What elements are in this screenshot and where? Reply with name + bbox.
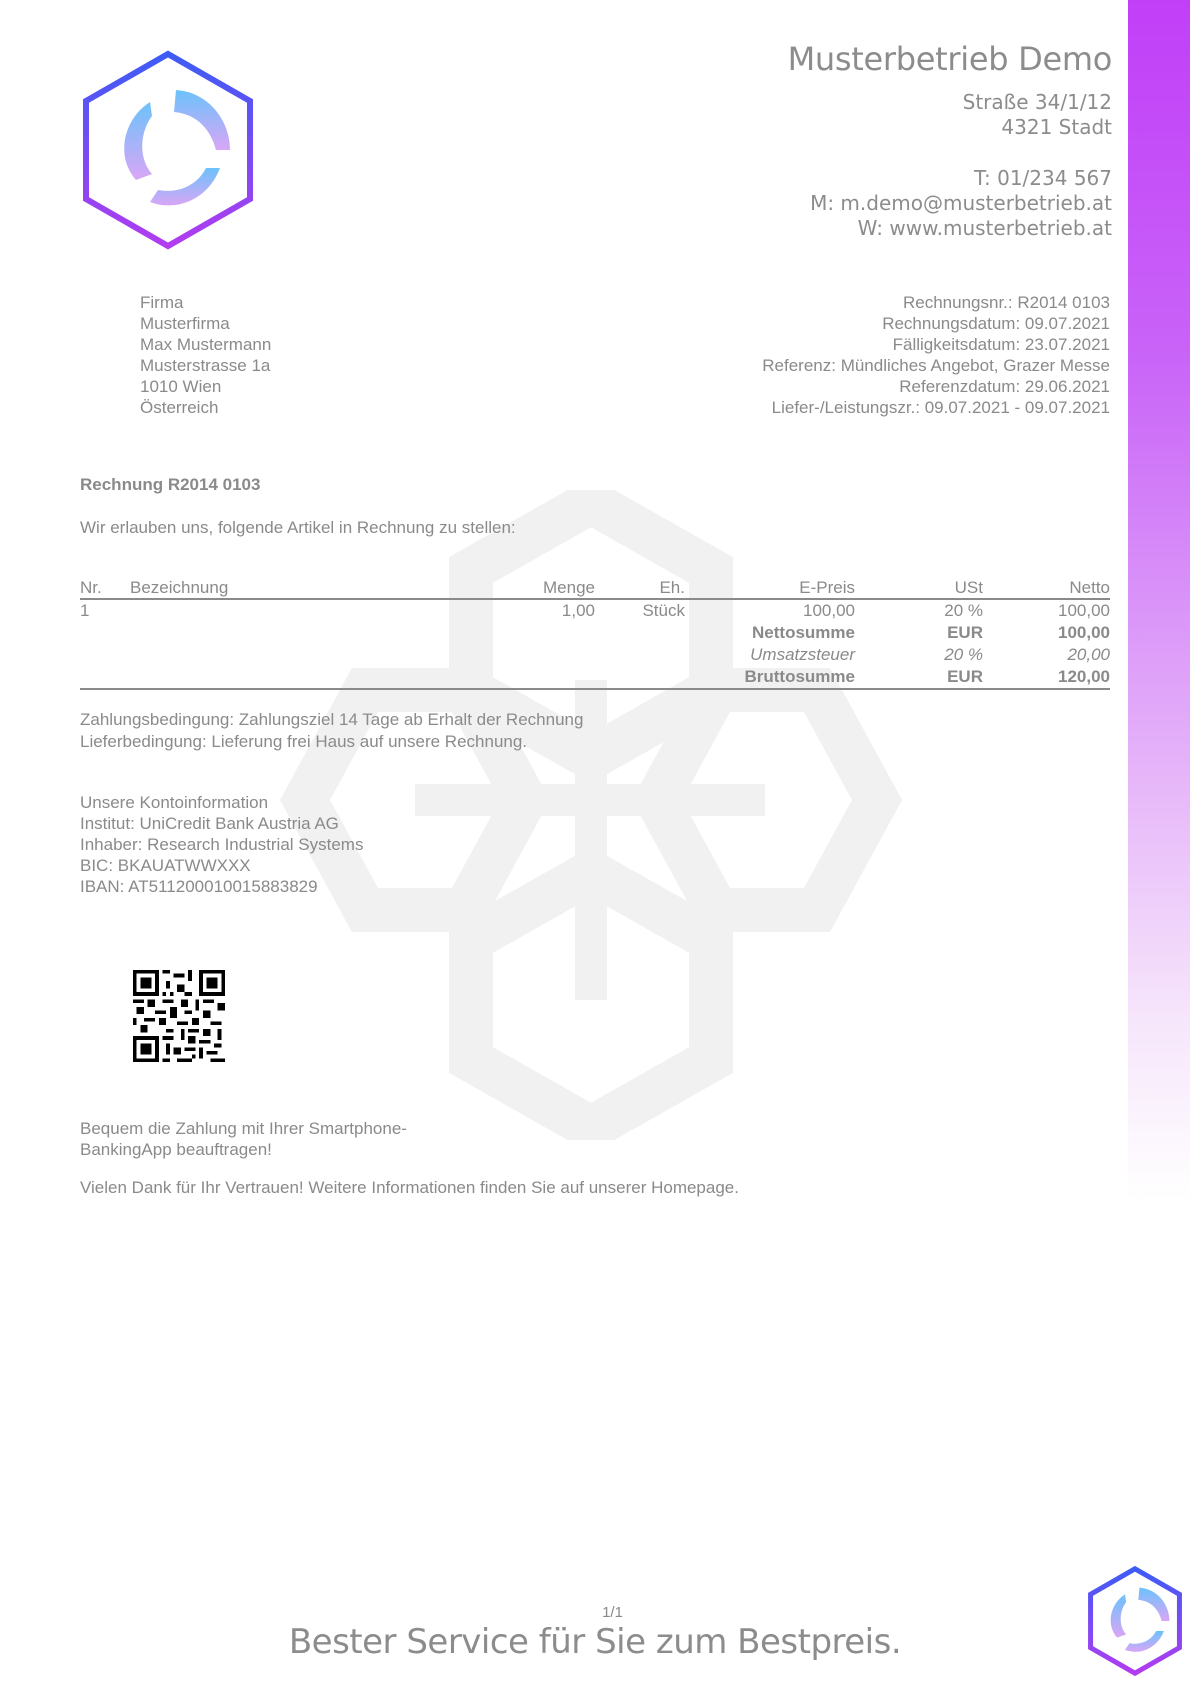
payment-qr-code-icon[interactable] — [133, 970, 225, 1062]
tax-value: 20,00 — [983, 644, 1110, 666]
gross-total-value: 120,00 — [983, 666, 1110, 689]
company-city: 4321 Stadt — [788, 115, 1112, 140]
header-price: E-Preis — [685, 578, 855, 599]
payment-terms: Zahlungsbedingung: Zahlungsziel 14 Tage … — [80, 709, 583, 731]
line-items-table: Nr. Bezeichnung Menge Eh. E-Preis USt Ne… — [80, 578, 1110, 690]
header-net: Netto — [983, 578, 1110, 599]
net-total-row: Nettosumme EUR 100,00 — [80, 622, 1110, 644]
cell-desc — [130, 599, 480, 622]
net-total-value: 100,00 — [983, 622, 1110, 644]
tax-label: Umsatzsteuer — [685, 644, 855, 666]
gross-total-row: Bruttosumme EUR 120,00 — [80, 666, 1110, 689]
reference-date: Referenzdatum: 29.06.2021 — [762, 376, 1110, 397]
gross-total-label: Bruttosumme — [685, 666, 855, 689]
delivery-period: Liefer-/Leistungszr.: 09.07.2021 - 09.07… — [762, 397, 1110, 418]
header-qty: Menge — [480, 578, 595, 599]
bank-info: Unsere Kontoinformation Institut: UniCre… — [80, 792, 363, 897]
recipient-line: Musterfirma — [140, 313, 271, 334]
invoice-meta: Rechnungsnr.: R2014 0103 Rechnungsdatum:… — [762, 292, 1110, 418]
company-logo-icon — [78, 50, 258, 250]
cell-unit: Stück — [595, 599, 685, 622]
company-web[interactable]: W: www.musterbetrieb.at — [788, 216, 1112, 241]
qr-hint: Bequem die Zahlung mit Ihrer Smartphone-… — [80, 1118, 407, 1160]
recipient-line: 1010 Wien — [140, 376, 271, 397]
footer-logo-icon — [1085, 1565, 1185, 1677]
page-number: 1/1 — [0, 1604, 1190, 1621]
recipient-line: Musterstrasse 1a — [140, 355, 271, 376]
company-header: Musterbetrieb Demo Straße 34/1/12 4321 S… — [788, 40, 1112, 241]
recipient-line: Max Mustermann — [140, 334, 271, 355]
net-total-currency: EUR — [855, 622, 983, 644]
tax-row: Umsatzsteuer 20 % 20,00 — [80, 644, 1110, 666]
decorative-side-bar — [1128, 0, 1190, 1200]
header-desc: Bezeichnung — [130, 578, 480, 599]
company-phone: T: 01/234 567 — [788, 166, 1112, 191]
due-date: Fälligkeitsdatum: 23.07.2021 — [762, 334, 1110, 355]
bank-iban: IBAN: AT511200010015883829 — [80, 876, 363, 897]
qr-hint-line: BankingApp beauftragen! — [80, 1139, 407, 1160]
company-street: Straße 34/1/12 — [788, 90, 1112, 115]
company-name: Musterbetrieb Demo — [788, 40, 1112, 78]
header-unit: Eh. — [595, 578, 685, 599]
invoice-intro: Wir erlauben uns, folgende Artikel in Re… — [80, 518, 516, 538]
recipient-line: Firma — [140, 292, 271, 313]
invoice-date: Rechnungsdatum: 09.07.2021 — [762, 313, 1110, 334]
cell-vat: 20 % — [855, 599, 983, 622]
cell-nr: 1 — [80, 599, 130, 622]
cell-net: 100,00 — [983, 599, 1110, 622]
bank-institute: Institut: UniCredit Bank Austria AG — [80, 813, 363, 834]
net-total-label: Nettosumme — [685, 622, 855, 644]
gross-total-currency: EUR — [855, 666, 983, 689]
cell-qty: 1,00 — [480, 599, 595, 622]
delivery-terms: Lieferbedingung: Lieferung frei Haus auf… — [80, 731, 583, 753]
table-header-row: Nr. Bezeichnung Menge Eh. E-Preis USt Ne… — [80, 578, 1110, 599]
table-row: 1 1,00 Stück 100,00 20 % 100,00 — [80, 599, 1110, 622]
recipient-address: Firma Musterfirma Max Mustermann Musters… — [140, 292, 271, 418]
qr-hint-line: Bequem die Zahlung mit Ihrer Smartphone- — [80, 1118, 407, 1139]
invoice-title: Rechnung R2014 0103 — [80, 475, 260, 495]
header-nr: Nr. — [80, 578, 130, 599]
terms: Zahlungsbedingung: Zahlungsziel 14 Tage … — [80, 709, 583, 753]
recipient-line: Österreich — [140, 397, 271, 418]
header-vat: USt — [855, 578, 983, 599]
bank-bic: BIC: BKAUATWWXXX — [80, 855, 363, 876]
invoice-number: Rechnungsnr.: R2014 0103 — [762, 292, 1110, 313]
reference: Referenz: Mündliches Angebot, Grazer Mes… — [762, 355, 1110, 376]
thanks-text: Vielen Dank für Ihr Vertrauen! Weitere I… — [80, 1178, 739, 1198]
footer-slogan: Bester Service für Sie zum Bestpreis. — [0, 1622, 1190, 1662]
tax-rate: 20 % — [855, 644, 983, 666]
cell-price: 100,00 — [685, 599, 855, 622]
bank-heading: Unsere Kontoinformation — [80, 792, 363, 813]
company-mail[interactable]: M: m.demo@musterbetrieb.at — [788, 191, 1112, 216]
bank-owner: Inhaber: Research Industrial Systems — [80, 834, 363, 855]
